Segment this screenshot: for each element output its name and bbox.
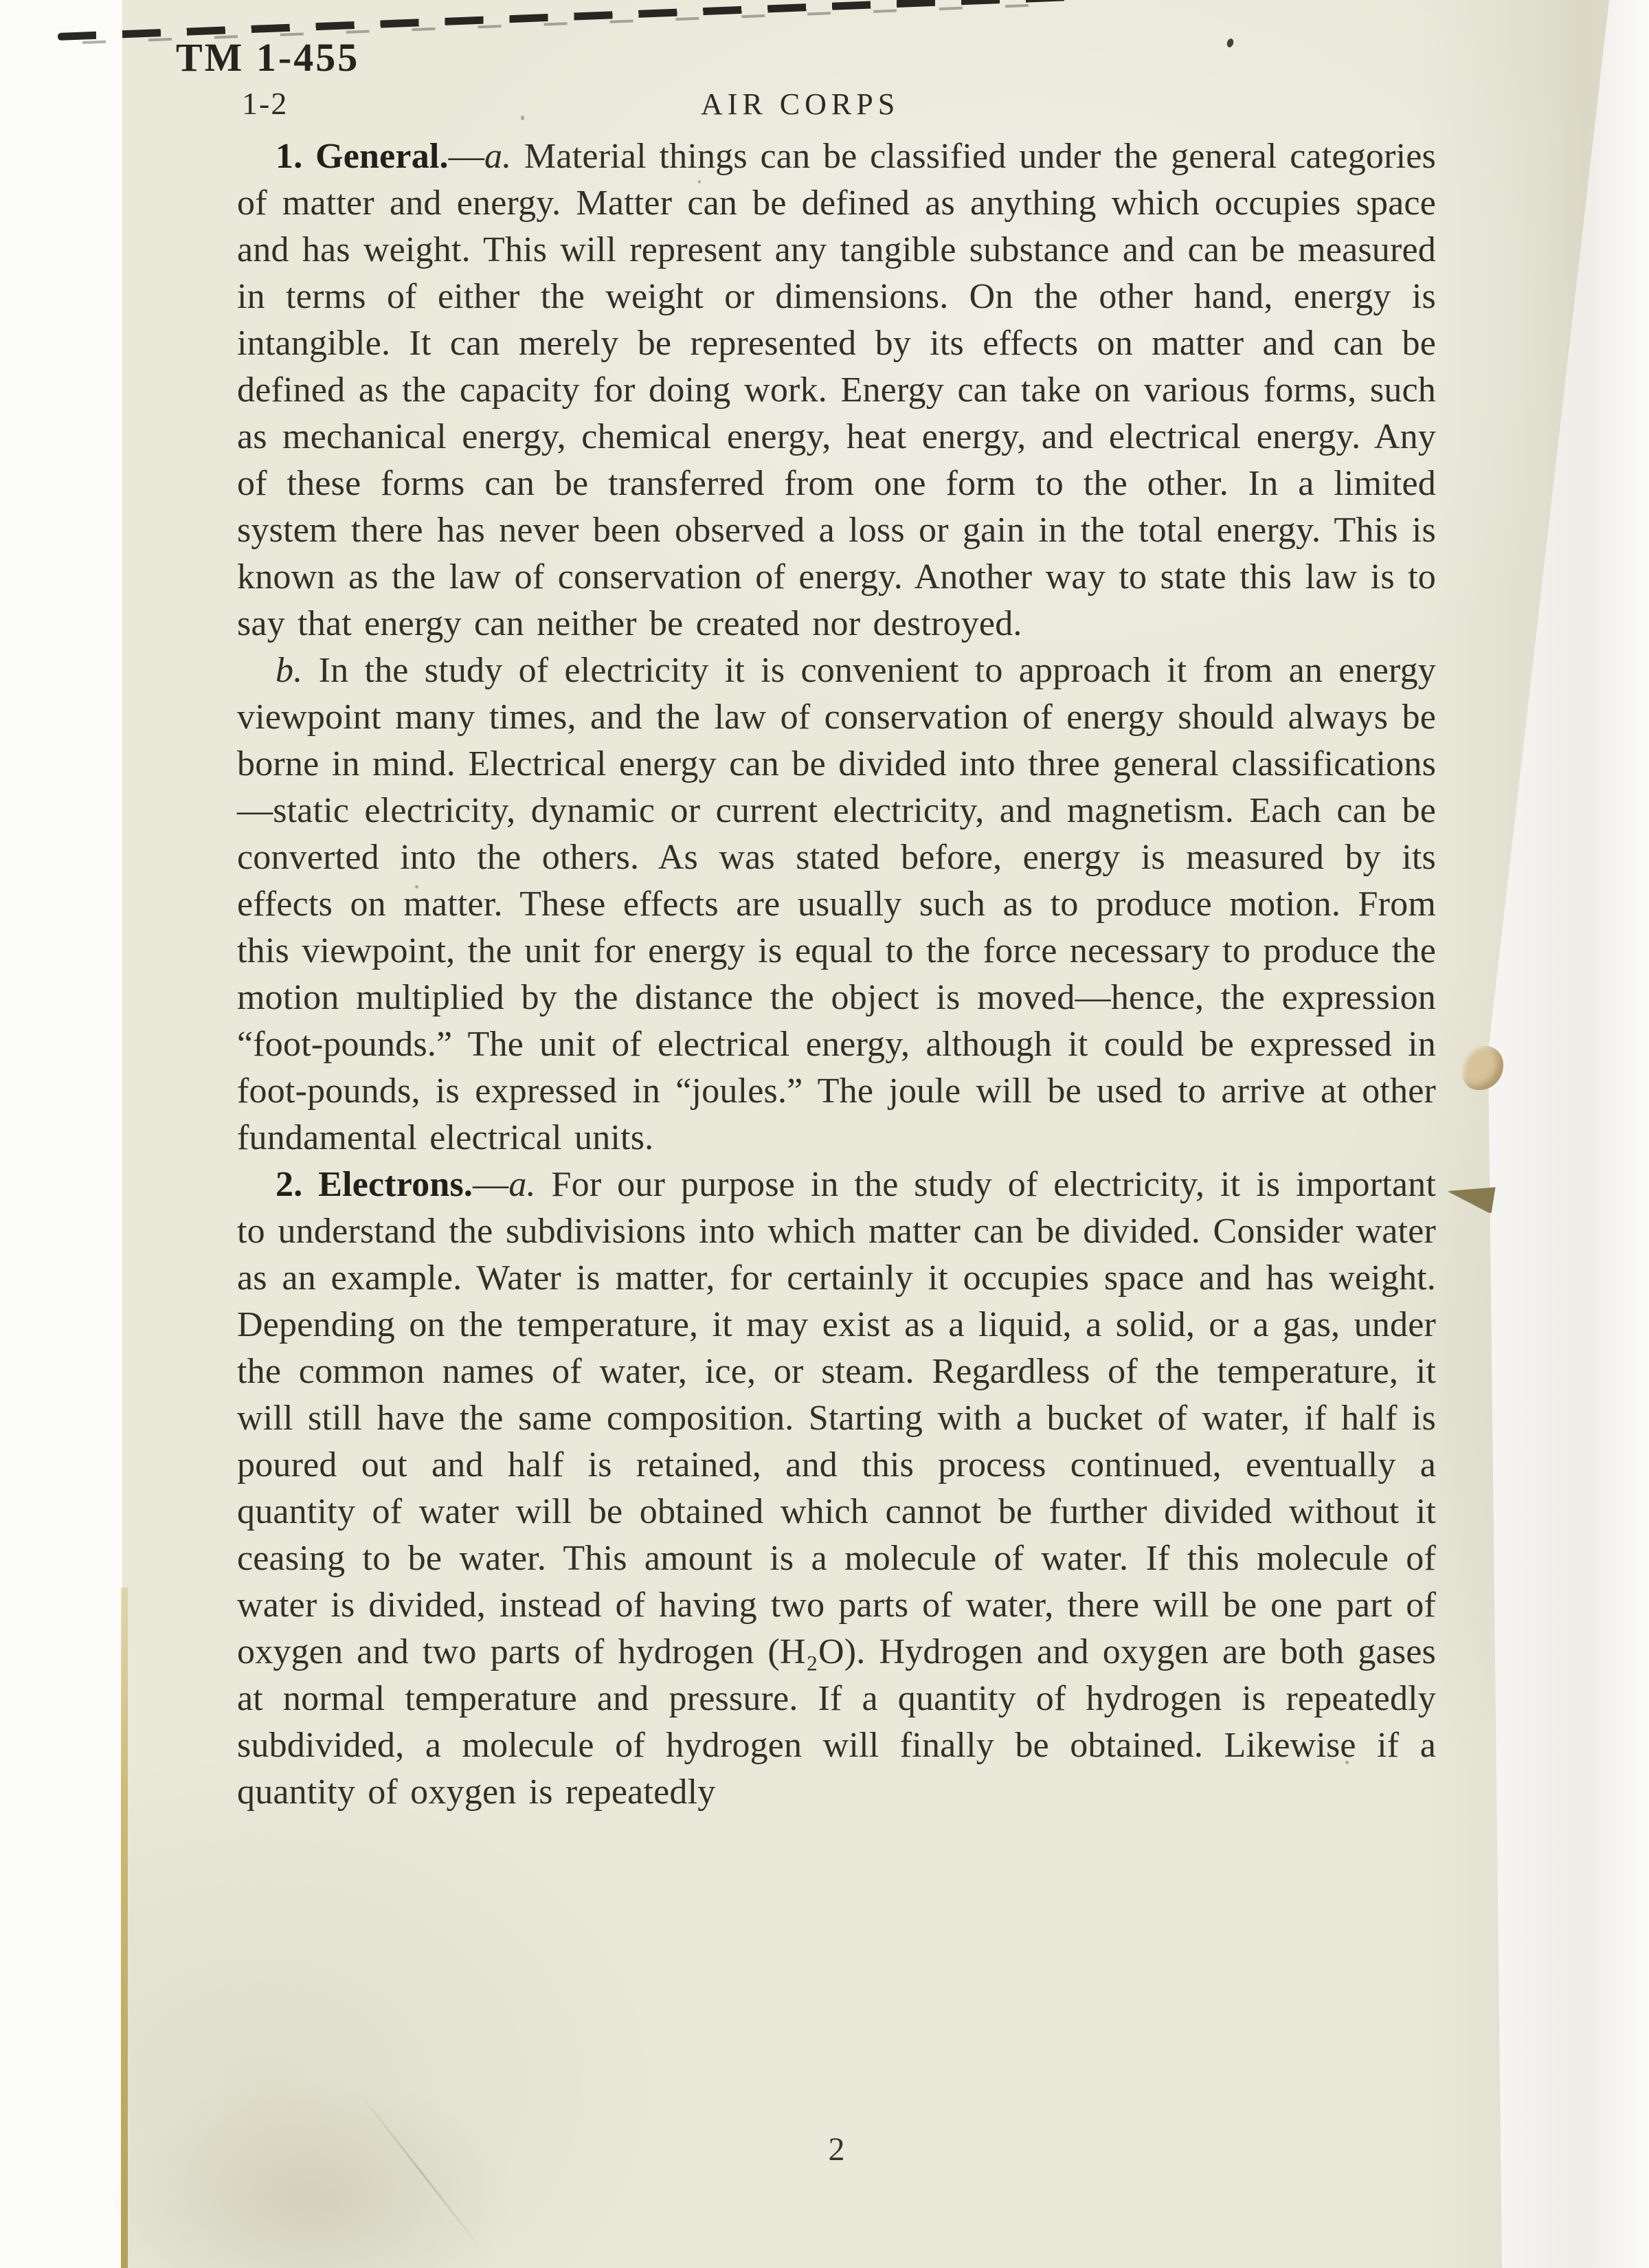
- paragraph-ref: 1-2: [242, 85, 288, 122]
- paper-speck: [698, 180, 701, 184]
- subparagraph-letter-a2: a.: [508, 1165, 535, 1204]
- section-2-heading: 2. Electrons.: [276, 1165, 473, 1204]
- running-title: AIR CORPS: [701, 87, 899, 122]
- paragraph-1b: b. In the study of electricity it is con…: [237, 647, 1436, 1161]
- page-edge-tear: [1462, 1046, 1503, 1090]
- emdash: —: [473, 1165, 508, 1204]
- paragraph-1a-text: Material things can be classified under …: [237, 137, 1436, 643]
- subparagraph-letter-a: a.: [484, 137, 511, 176]
- page-body: 1. General.—a. Material things can be cl…: [237, 133, 1436, 1816]
- emdash: —: [449, 137, 484, 176]
- section-1-heading: 1. General.: [276, 137, 449, 176]
- paper-speck: [1345, 1761, 1349, 1764]
- paper-speck: [521, 115, 524, 120]
- binding-edge-strip: [121, 1588, 128, 2268]
- paragraph-1b-text: In the study of electricity it is conven…: [237, 651, 1436, 1157]
- subparagraph-letter-b: b.: [276, 651, 302, 690]
- paragraph-2a: 2. Electrons.—a. For our purpose in the …: [237, 1161, 1436, 1816]
- paper-speck: [772, 1417, 775, 1421]
- page-number: 2: [237, 2131, 1436, 2168]
- paper-speck: [415, 885, 418, 889]
- manual-number: TM 1-455: [176, 34, 359, 80]
- paragraph-1a: 1. General.—a. Material things can be cl…: [237, 133, 1436, 647]
- paragraph-2a-text: For our purpose in the study of electric…: [237, 1165, 1436, 1812]
- scanned-document-page: TM 1-455 1-2 AIR CORPS 1. General.—a. Ma…: [0, 0, 1649, 2268]
